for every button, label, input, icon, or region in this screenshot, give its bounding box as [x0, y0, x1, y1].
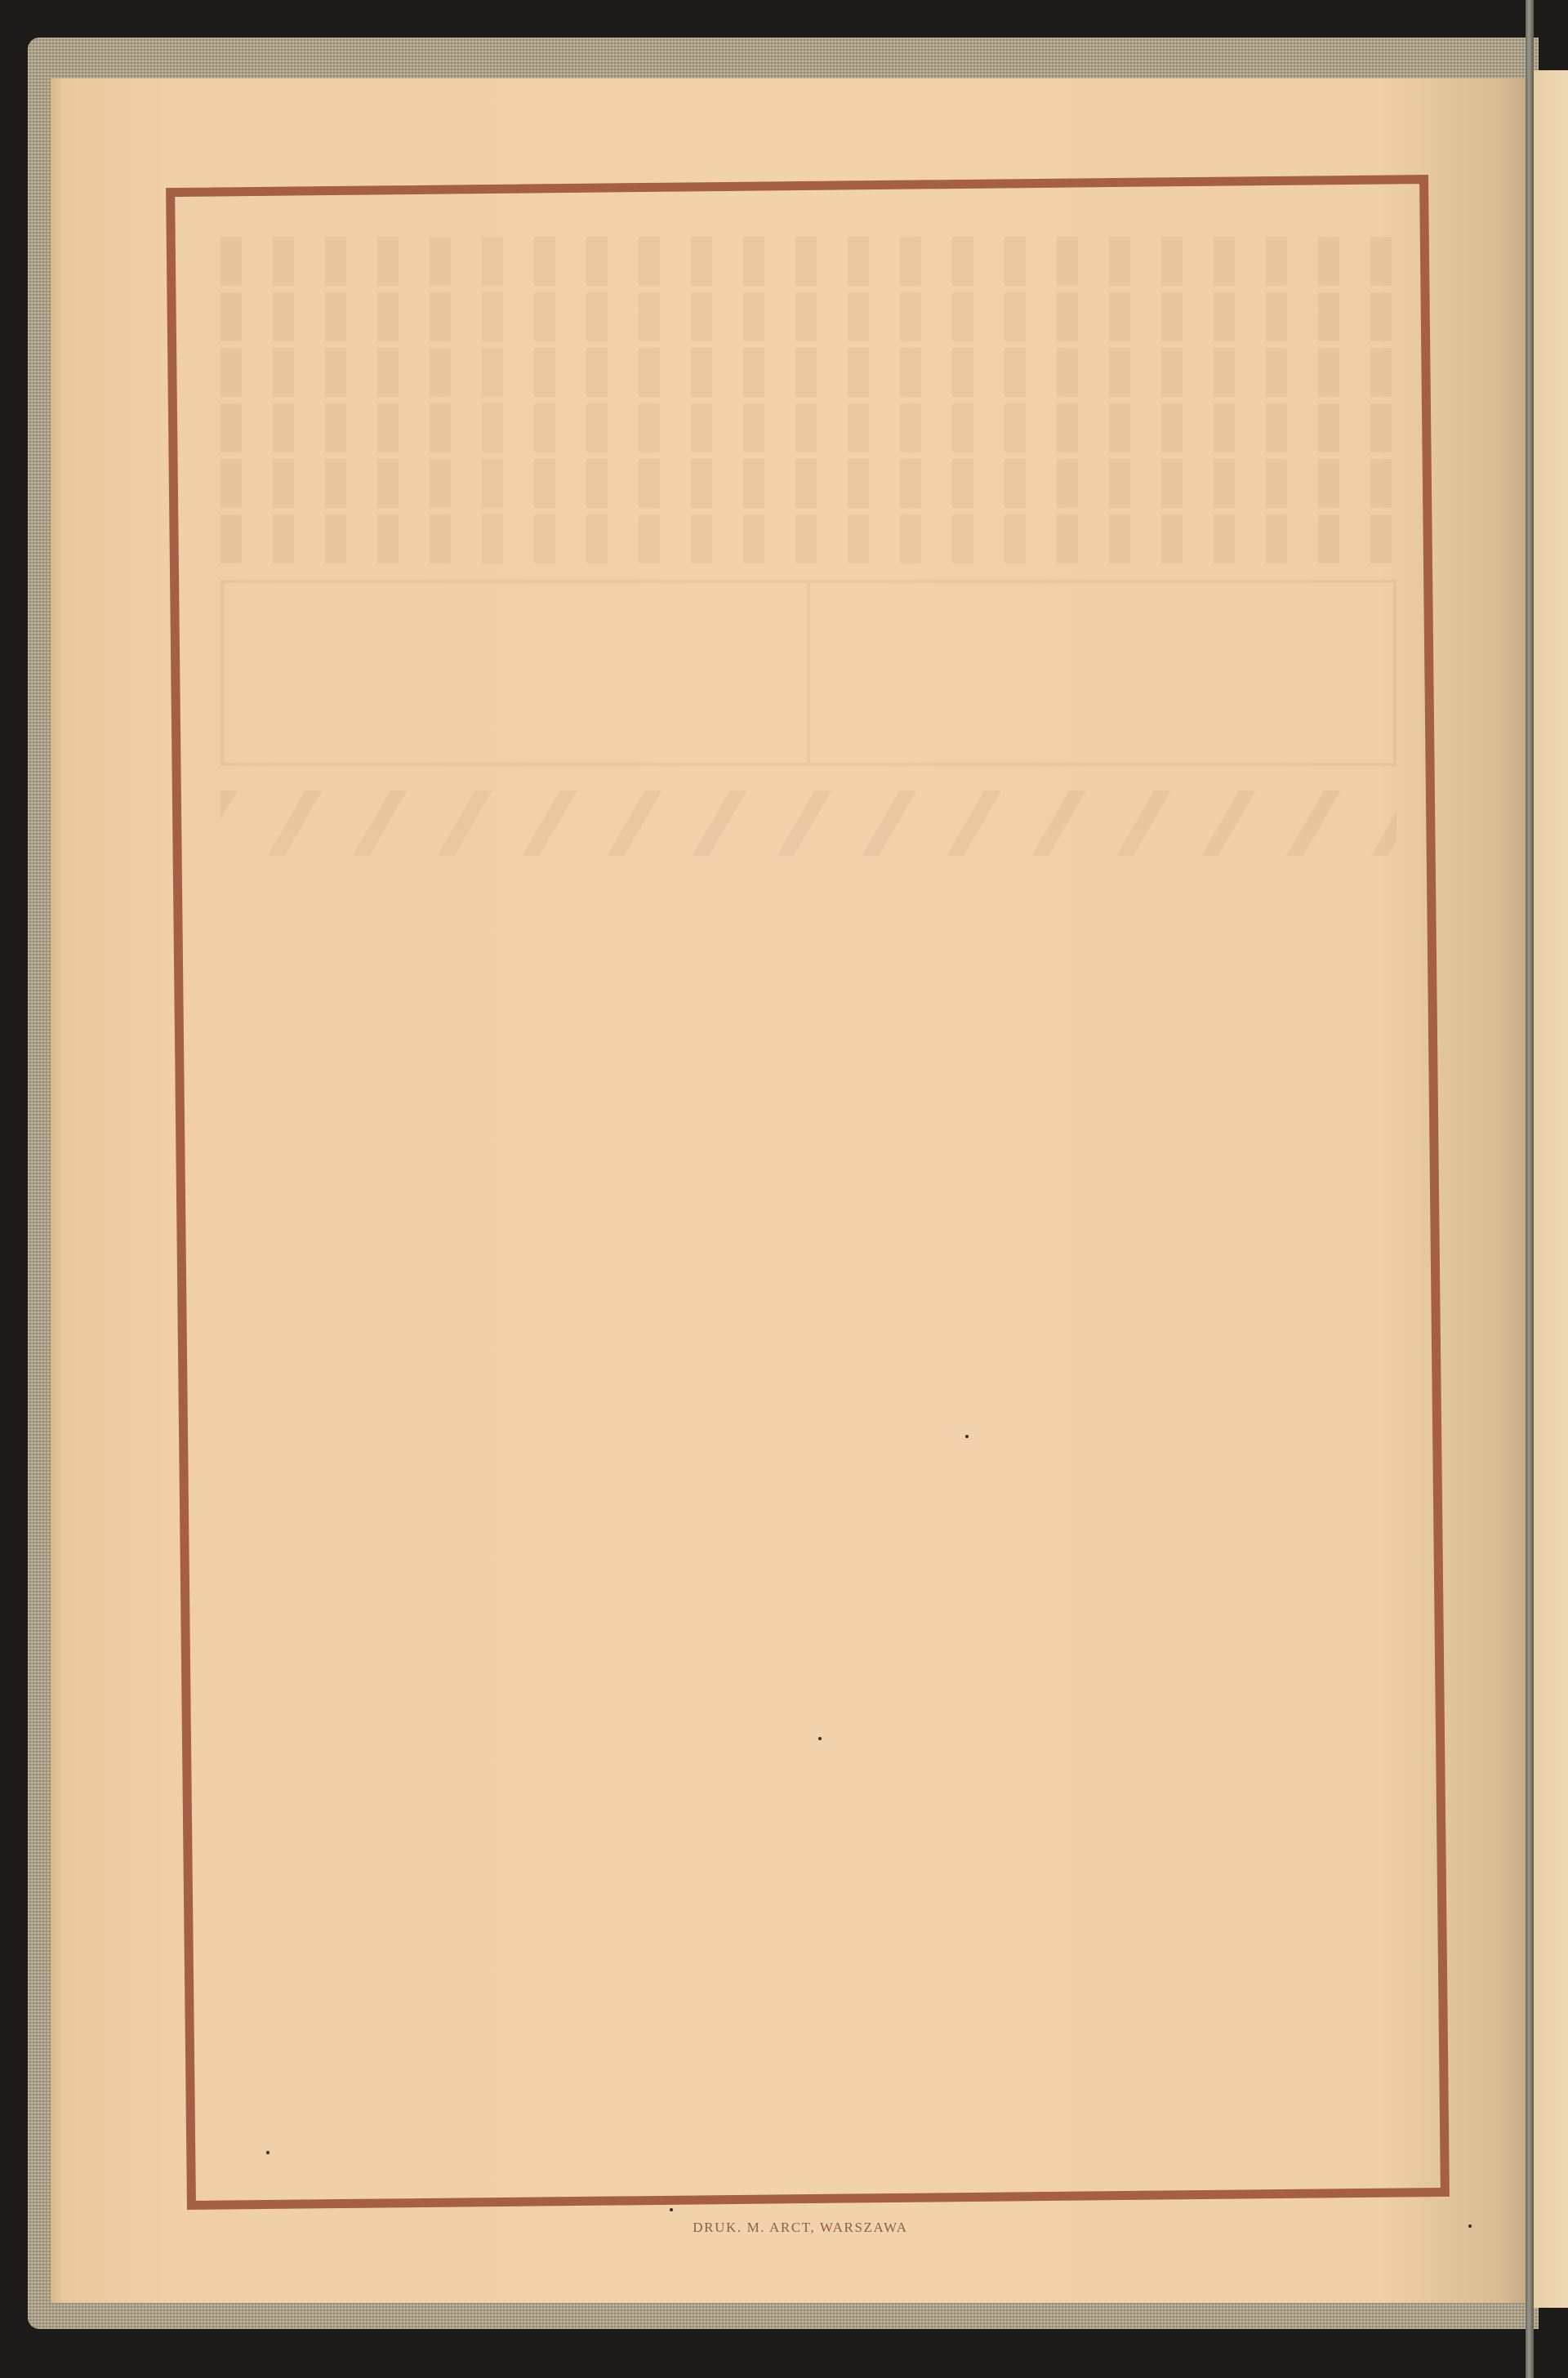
printer-imprint: DRUK. M. ARCT, WARSZAWA — [637, 2220, 964, 2236]
paper-speck — [965, 1435, 969, 1438]
paper-speck — [670, 2208, 673, 2211]
adjacent-page-edge — [1534, 70, 1568, 2308]
paper-speck — [818, 1737, 822, 1740]
paper-speck — [1468, 2224, 1472, 2228]
paper-speck — [266, 2151, 269, 2154]
spine-groove — [1526, 0, 1534, 2378]
page-left-edge — [51, 78, 62, 2303]
decorative-border-frame — [166, 175, 1450, 2210]
